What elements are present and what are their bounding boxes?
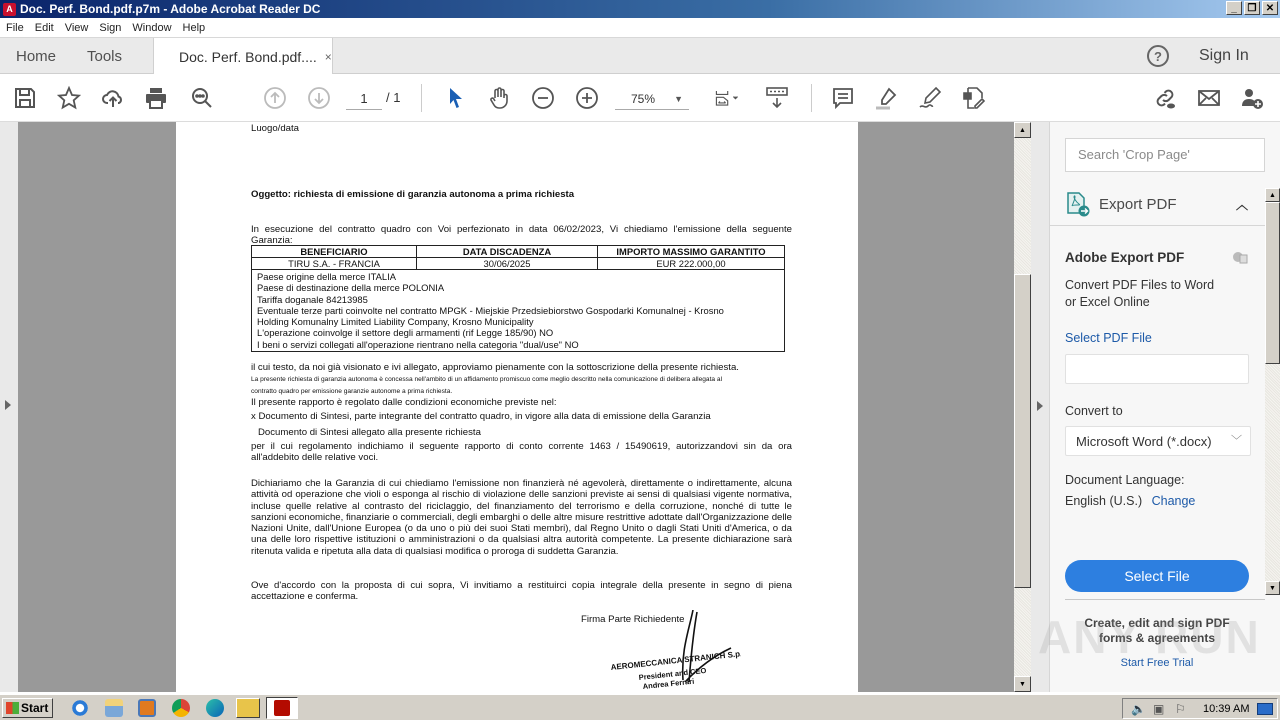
window-title: Doc. Perf. Bond.pdf.p7m - Adobe Acrobat … (20, 2, 320, 16)
close-tab-icon[interactable]: × (325, 50, 332, 64)
highlight-icon[interactable] (874, 86, 898, 110)
account-line: per il cui regolamento indichiamo il seg… (251, 441, 792, 452)
sign-icon[interactable] (918, 86, 942, 110)
convert-format-value: Microsoft Word (*.docx) (1076, 434, 1212, 449)
language-label: Document Language: (1065, 473, 1185, 487)
beneficiary-cell: TIRU S.A. - FRANCIA (252, 258, 417, 270)
start-free-trial-link[interactable]: Start Free Trial (1050, 657, 1264, 669)
export-heading: Adobe Export PDF (1065, 250, 1184, 265)
guarantee-table: BENEFICIARIO DATA DISCADENZA IMPORTO MAS… (251, 245, 785, 352)
subject-line: Oggetto: richiesta di emissione di garan… (251, 189, 574, 200)
previous-page-icon[interactable] (263, 86, 287, 110)
tab-home[interactable]: Home (16, 38, 56, 74)
document-tab-label: Doc. Perf. Bond.pdf.... (179, 49, 317, 65)
zoom-out-icon[interactable] (531, 86, 555, 110)
menu-help[interactable]: Help (177, 22, 211, 34)
export-pdf-icon (1065, 191, 1091, 217)
toolbar-divider (811, 84, 812, 112)
detail-line: Eventuale terze parti coinvolte nel cont… (257, 305, 779, 316)
tab-tools[interactable]: Tools (87, 38, 122, 74)
clock: 10:39 AM (1203, 703, 1249, 715)
restore-button[interactable]: ❐ (1244, 1, 1260, 15)
media-player-icon[interactable] (138, 699, 156, 717)
detail-line: Paese origine della merce ITALIA (257, 271, 779, 282)
taskbar: Start 🔈 ▣ ⚐ 10:39 AM (0, 694, 1280, 720)
acrobat-icon (274, 700, 290, 716)
right-panel-toggle[interactable] (1031, 122, 1050, 692)
zoom-level-value: 75% (631, 92, 655, 106)
start-button[interactable]: Start (2, 698, 53, 718)
detail-line: L'operazione coinvolge il settore degli … (257, 327, 779, 338)
document-scrollbar[interactable]: ▲ ▼ (1014, 122, 1031, 692)
expand-left-panel-icon (5, 400, 11, 410)
language-row: English (U.S.) Change (1065, 494, 1195, 508)
share-link-icon[interactable] (1153, 86, 1177, 110)
menu-window[interactable]: Window (126, 22, 176, 34)
action-center-flag-icon[interactable]: ⚐ (1175, 702, 1189, 716)
pdf-file-field[interactable] (1065, 354, 1249, 384)
section-title: Export PDF (1099, 196, 1177, 213)
page-number-input[interactable]: 1 (346, 88, 382, 110)
signature-stamp-icon: AEROMECCANICA STRANICH S.p.A. President … (611, 610, 741, 690)
promo-line: Create, edit and sign PDF (1050, 616, 1264, 631)
zoom-level-select[interactable]: 75% ▼ (615, 88, 689, 110)
close-window-button[interactable]: ✕ (1262, 1, 1278, 15)
tools-pane-scrollbar[interactable]: ▲ ▼ (1265, 188, 1280, 595)
approval-line: il cui testo, da noi già visionato e ivi… (251, 362, 739, 373)
bookmark-star-icon[interactable] (57, 86, 81, 110)
scrollbar-thumb[interactable] (1265, 202, 1280, 364)
closing-paragraph: Ove d'accordo con la proposta di cui sop… (251, 580, 792, 603)
cloud-document-icon (1232, 250, 1248, 264)
scroll-up-button[interactable]: ▲ (1265, 188, 1280, 202)
edit-pdf-icon[interactable] (962, 86, 986, 110)
divider (1065, 599, 1265, 600)
export-pdf-section-header[interactable]: Export PDF ︿ (1065, 184, 1248, 224)
next-page-icon[interactable] (307, 86, 331, 110)
chevron-down-icon: ﹀ (1231, 427, 1242, 456)
account-line-2: all'addebito delle relative voci. (251, 452, 378, 463)
menu-edit[interactable]: Edit (29, 22, 59, 34)
export-description-2: or Excel Online (1065, 295, 1150, 309)
small-print-line: La presente richiesta di garanzia autono… (251, 374, 722, 385)
amount-cell: EUR 222.000,00 (598, 258, 785, 270)
regulated-line: Il presente rapporto è regolato dalle co… (251, 397, 557, 408)
system-tray: 🔈 ▣ ⚐ 10:39 AM (1122, 698, 1278, 719)
select-cursor-icon[interactable] (444, 86, 468, 110)
intro-line: In esecuzione del contratto quadro con V… (251, 224, 792, 235)
tab-document[interactable]: Doc. Perf. Bond.pdf.... × (153, 38, 333, 75)
chrome-icon[interactable] (172, 699, 190, 717)
tab-bar: Home Tools Doc. Perf. Bond.pdf.... × ? S… (0, 38, 1280, 74)
language-value: English (U.S.) (1065, 494, 1142, 508)
tools-search-input[interactable]: Search 'Crop Page' (1065, 138, 1265, 172)
collapse-right-panel-icon (1037, 401, 1043, 411)
acrobat-app-icon: A (3, 3, 16, 16)
chevron-up-icon[interactable]: ︿ (1236, 196, 1248, 213)
declaration-paragraph: Dichiariamo che la Garanzia di cui chied… (251, 478, 792, 557)
add-user-icon[interactable] (1240, 86, 1264, 110)
file-explorer-icon[interactable] (105, 699, 123, 717)
menu-bar: File Edit View Sign Window Help (0, 18, 1280, 38)
scroll-up-button[interactable]: ▲ (1014, 122, 1031, 138)
convert-to-label: Convert to (1065, 404, 1123, 418)
print-icon[interactable] (144, 86, 168, 110)
email-icon[interactable] (1197, 86, 1221, 110)
detail-line: Holding Komunalny Limited Liability Comp… (257, 316, 779, 327)
table-row: TIRU S.A. - FRANCIA 30/06/2025 EUR 222.0… (252, 258, 785, 270)
promo-text: Create, edit and sign PDF forms & agreem… (1050, 616, 1264, 646)
sign-in-button[interactable]: Sign In (1199, 47, 1249, 65)
internet-explorer-icon[interactable] (71, 699, 89, 717)
table-header: IMPORTO MASSIMO GARANTITO (598, 246, 785, 258)
detail-line: Tariffa doganale 84213985 (257, 294, 779, 305)
upload-cloud-icon[interactable] (101, 86, 125, 110)
edge-icon[interactable] (206, 699, 224, 717)
place-date: Luogo/data (251, 123, 299, 134)
scroll-mode-icon[interactable] (765, 86, 789, 110)
menu-view[interactable]: View (59, 22, 94, 34)
detail-line: Paese di destinazione della merce POLONI… (257, 282, 779, 293)
details-cell: Paese origine della merce ITALIA Paese d… (252, 270, 785, 352)
comment-icon[interactable] (831, 86, 855, 110)
change-language-link[interactable]: Change (1152, 494, 1196, 508)
fit-page-icon[interactable] (710, 86, 744, 110)
save-icon[interactable] (13, 86, 37, 110)
menu-file[interactable]: File (0, 22, 29, 34)
table-header: DATA DISCADENZA (417, 246, 598, 258)
option-line: x Documento di Sintesi, parte integrante… (251, 411, 711, 422)
promo-line: forms & agreements (1050, 631, 1264, 646)
show-desktop-icon[interactable] (1257, 703, 1273, 715)
acrobat-taskbar-button[interactable] (266, 697, 298, 719)
start-label: Start (21, 701, 48, 715)
help-icon[interactable]: ? (1147, 45, 1169, 67)
detail-line: I beni o servizi collegati all'operazion… (257, 339, 779, 350)
document-viewer[interactable]: Luogo/data Oggetto: richiesta di emissio… (18, 122, 1014, 692)
scroll-down-button[interactable]: ▼ (1265, 581, 1280, 595)
chevron-down-icon: ▼ (674, 88, 683, 110)
find-text-icon[interactable] (190, 86, 214, 110)
tools-pane: Search 'Crop Page' Export PDF ︿ Adobe Ex… (1050, 122, 1280, 692)
small-print-line: contratto quadro per emissione garanzie … (251, 386, 452, 397)
volume-icon[interactable]: 🔈 (1131, 702, 1145, 716)
page-total: / 1 (386, 90, 400, 105)
export-description: Convert PDF Files to Word (1065, 278, 1214, 292)
convert-format-select[interactable]: Microsoft Word (*.docx) ﹀ (1065, 426, 1251, 456)
windows-logo-icon (6, 702, 19, 714)
main-toolbar: 1 / 1 75% ▼ (0, 74, 1280, 122)
window-title-bar: A Doc. Perf. Bond.pdf.p7m - Adobe Acroba… (0, 0, 1280, 18)
minimize-button[interactable]: _ (1226, 1, 1242, 15)
pdf-page: Luogo/data Oggetto: richiesta di emissio… (176, 122, 858, 692)
select-pdf-link[interactable]: Select PDF File (1065, 331, 1152, 345)
divider (1050, 225, 1265, 226)
table-header: BENEFICIARIO (252, 246, 417, 258)
option-line: Documento di Sintesi allegato alla prese… (258, 427, 481, 438)
toolbar-divider (421, 84, 422, 112)
left-panel-toggle[interactable] (0, 122, 18, 692)
scroll-down-button[interactable]: ▼ (1014, 676, 1031, 692)
hand-tool-icon[interactable] (487, 86, 511, 110)
select-file-button[interactable]: Select File (1065, 560, 1249, 592)
due-date-cell: 30/06/2025 (417, 258, 598, 270)
scrollbar-thumb[interactable] (1014, 274, 1031, 588)
menu-sign[interactable]: Sign (93, 22, 126, 34)
outlook-icon[interactable] (236, 698, 260, 718)
zoom-in-icon[interactable] (575, 86, 599, 110)
network-icon[interactable]: ▣ (1153, 702, 1167, 716)
